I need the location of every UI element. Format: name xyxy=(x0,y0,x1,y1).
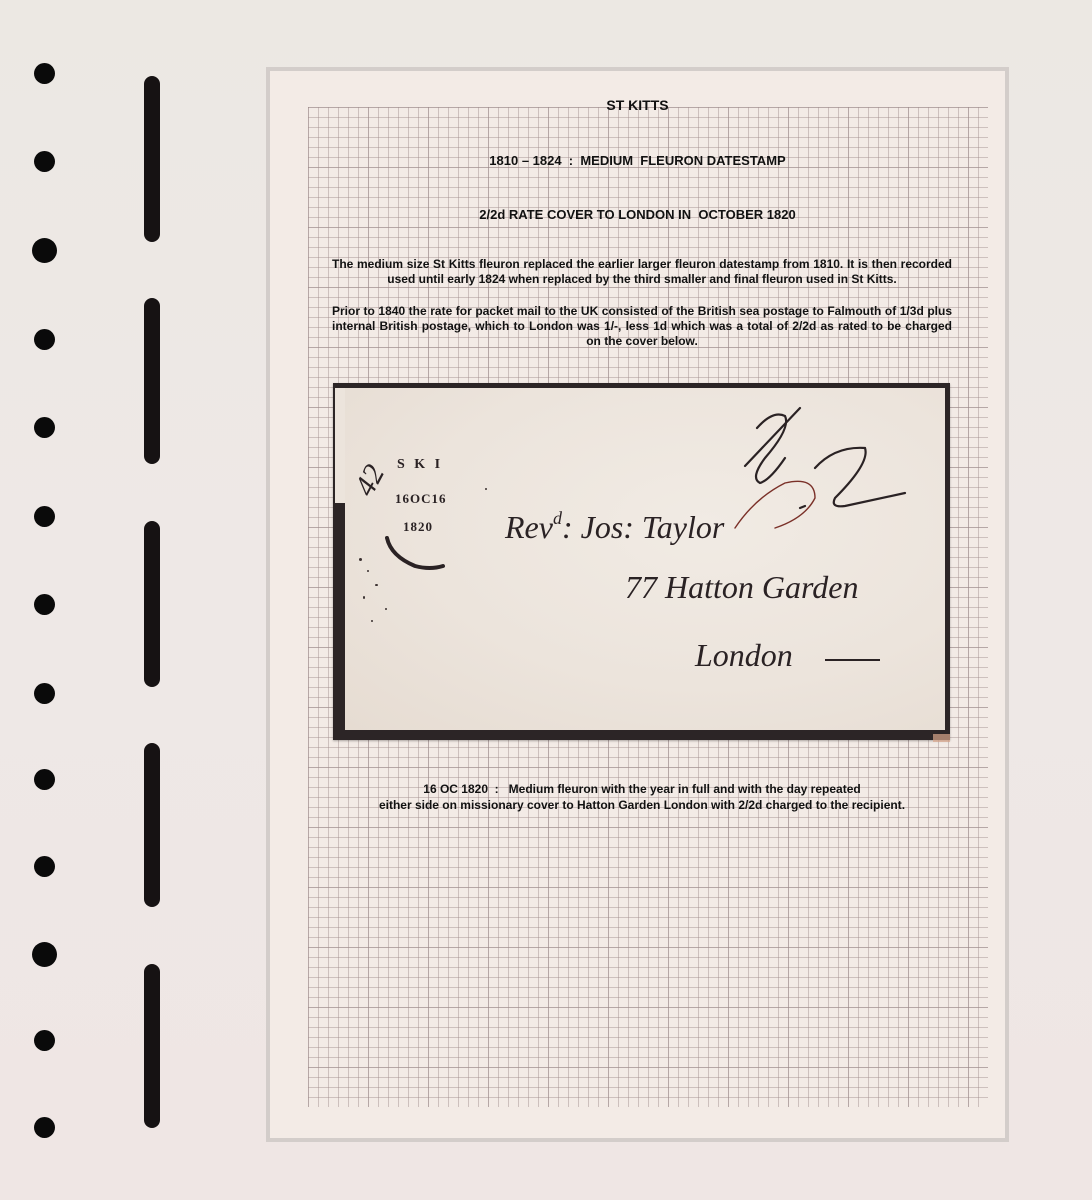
description-paragraph-1: The medium size St Kitts fleuron replace… xyxy=(332,257,952,287)
svg-text:S K I: S K I xyxy=(397,457,443,472)
binder-slot xyxy=(144,298,160,464)
binder-slot xyxy=(144,521,160,687)
fleuron-datestamp: S K I 16OC16 1820 xyxy=(387,457,447,568)
cover-manuscript: 42 S K I 16OC16 1820 xyxy=(345,388,945,730)
binder-hole xyxy=(34,417,55,438)
binder-hole xyxy=(32,238,57,263)
caption-line-1: 16 OC 1820 : Medium fleuron with the yea… xyxy=(332,781,952,797)
svg-text:London: London xyxy=(694,637,793,673)
binder-hole xyxy=(34,506,55,527)
cover-mount: 42 S K I 16OC16 1820 xyxy=(333,383,950,740)
cover-caption: 16 OC 1820 : Medium fleuron with the yea… xyxy=(332,781,952,813)
binder-hole xyxy=(32,942,57,967)
side-marking-42: 42 xyxy=(348,459,391,501)
rate-marking xyxy=(735,408,905,528)
binder-hole xyxy=(34,63,55,84)
postal-cover: 42 S K I 16OC16 1820 xyxy=(345,388,945,730)
binder-slot xyxy=(144,76,160,242)
mount-corner-tab xyxy=(933,734,950,742)
svg-text:1820: 1820 xyxy=(403,519,433,534)
page-title: ST KITTS xyxy=(270,97,1005,113)
binder-hole xyxy=(34,1030,55,1051)
address-block: Revd: Jos: Taylor 77 Hatton Garden Londo… xyxy=(504,508,880,673)
description-paragraph-2: Prior to 1840 the rate for packet mail t… xyxy=(332,304,952,349)
svg-text:42: 42 xyxy=(348,459,391,501)
svg-text:Revd: Jos: Taylor: Revd: Jos: Taylor xyxy=(504,508,725,545)
binder-hole xyxy=(34,594,55,615)
binder-hole xyxy=(34,1117,55,1138)
svg-text:77 Hatton Garden: 77 Hatton Garden xyxy=(625,569,858,605)
album-page: ST KITTS 1810 – 1824 : MEDIUM FLEURON DA… xyxy=(266,67,1009,1142)
page-heading: 2/2d RATE COVER TO LONDON IN OCTOBER 182… xyxy=(270,207,1005,222)
binder-hole xyxy=(34,769,55,790)
caption-line-2: either side on missionary cover to Hatto… xyxy=(332,797,952,813)
cover-flap xyxy=(335,388,345,503)
binder-slot xyxy=(144,964,160,1128)
page-subtitle: 1810 – 1824 : MEDIUM FLEURON DATESTAMP xyxy=(270,153,1005,168)
svg-text:16OC16: 16OC16 xyxy=(395,491,447,506)
binder-slot xyxy=(144,743,160,907)
binder-hole xyxy=(34,329,55,350)
binder-hole xyxy=(34,856,55,877)
binder-hole xyxy=(34,683,55,704)
binder-hole xyxy=(34,151,55,172)
